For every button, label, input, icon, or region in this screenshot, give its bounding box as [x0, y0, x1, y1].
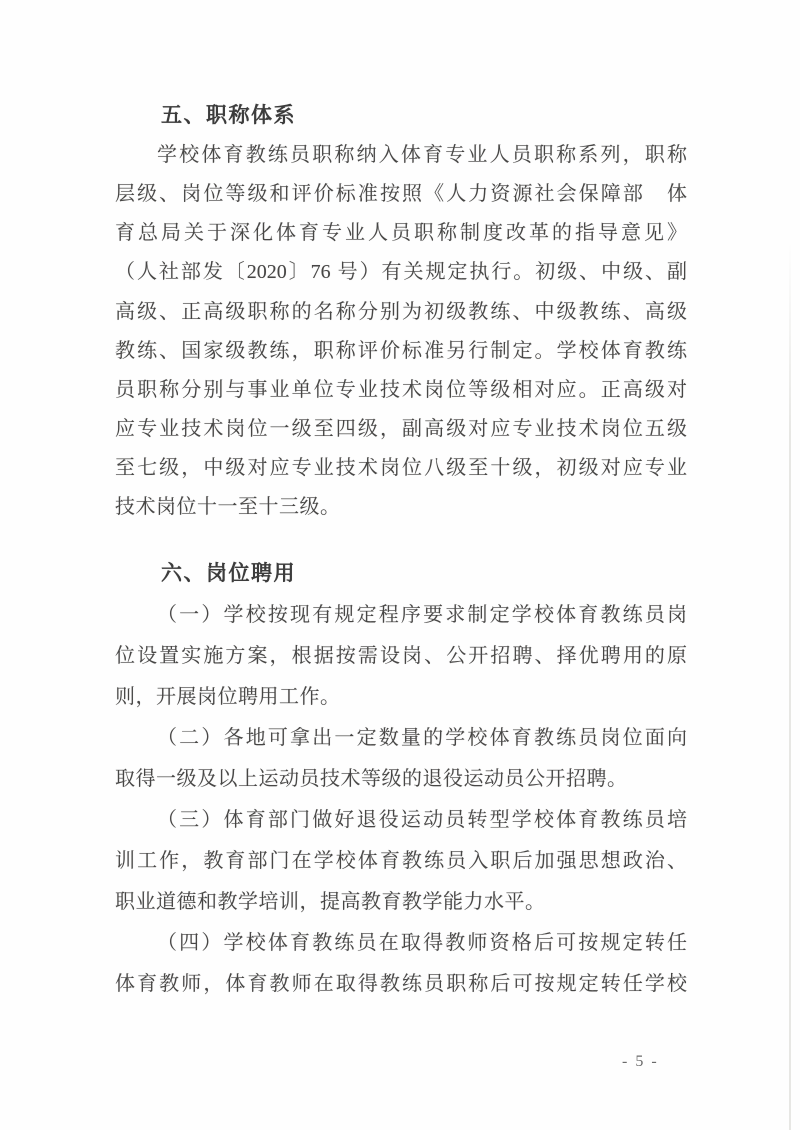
text-line: 教练、国家级教练，职称评价标准另行制定。学校体育教练 [115, 332, 687, 371]
text-line: 取得一级及以上运动员技术等级的退役运动员公开招聘。 [115, 759, 687, 800]
text-line: （人社部发〔2020〕76 号）有关规定执行。初级、中级、副 [115, 253, 687, 292]
text-line: 应专业技术岗位一级至四级，副高级对应专业技术岗位五级 [115, 410, 687, 449]
text-line: 高级、正高级职称的名称分别为初级教练、中级教练、高级 [115, 293, 687, 332]
text-line: 体育教师，体育教师在取得教练员职称后可按规定转任学校 [115, 964, 687, 1005]
text-line: 学校体育教练员职称纳入体育专业人员职称系列，职称 [115, 136, 687, 175]
document-page: 五、职称体系 学校体育教练员职称纳入体育专业人员职称系列，职称 层级、岗位等级和… [0, 0, 800, 1130]
text-line: （一）学校按现有规定程序要求制定学校体育教练员岗 [115, 595, 687, 636]
text-line: 层级、岗位等级和评价标准按照《人力资源社会保障部 体 [115, 175, 687, 214]
section-5-heading: 五、职称体系 [115, 102, 687, 130]
page-number: - 5 - [622, 1052, 659, 1072]
text-line: 位设置实施方案，根据按需设岗、公开招聘、择优聘用的原 [115, 636, 687, 677]
page-edge-shadow [789, 240, 791, 1130]
section-5-paragraph: 学校体育教练员职称纳入体育专业人员职称系列，职称 层级、岗位等级和评价标准按照《… [115, 136, 687, 527]
text-line: （四）学校体育教练员在取得教师资格后可按规定转任 [115, 923, 687, 964]
text-line: 至七级，中级对应专业技术岗位八级至十级，初级对应专业 [115, 449, 687, 488]
section-6-paragraphs: （一）学校按现有规定程序要求制定学校体育教练员岗 位设置实施方案，根据按需设岗、… [115, 595, 687, 1005]
text-line: 训工作，教育部门在学校体育教练员入职后加强思想政治、 [115, 841, 687, 882]
text-line: 职业道德和教学培训，提高教育教学能力水平。 [115, 882, 687, 923]
section-6-heading: 六、岗位聘用 [115, 560, 687, 588]
text-line: 技术岗位十一至十三级。 [115, 488, 687, 527]
text-line: 则，开展岗位聘用工作。 [115, 677, 687, 718]
text-line: 员职称分别与事业单位专业技术岗位等级相对应。正高级对 [115, 371, 687, 410]
text-line: （二）各地可拿出一定数量的学校体育教练员岗位面向 [115, 718, 687, 759]
text-line: 育总局关于深化体育专业人员职称制度改革的指导意见》 [115, 214, 687, 253]
text-line: （三）体育部门做好退役运动员转型学校体育教练员培 [115, 800, 687, 841]
